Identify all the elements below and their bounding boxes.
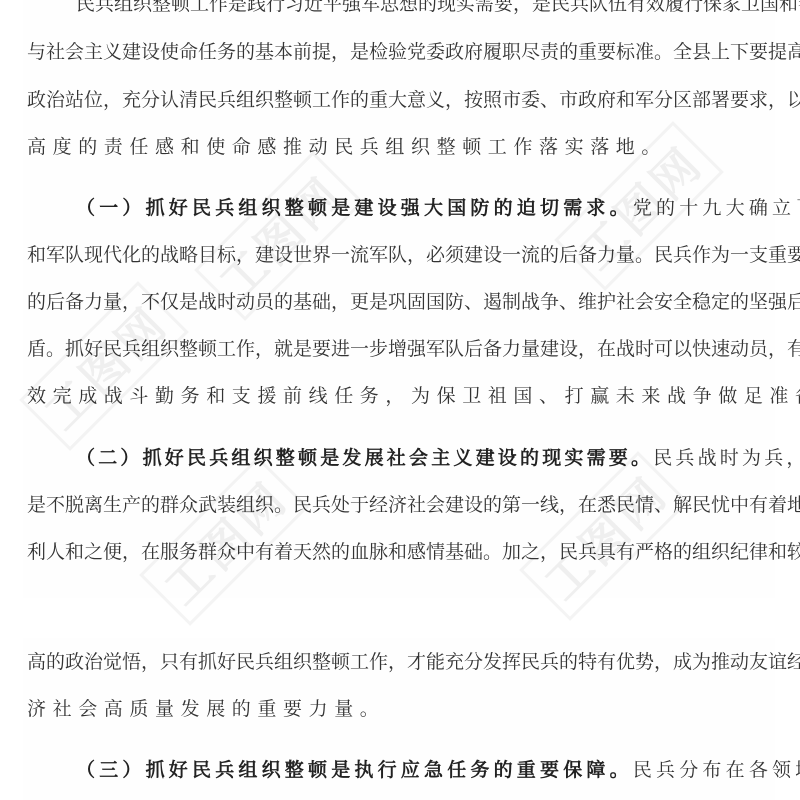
paragraph-2-first-line-rest: 党的十九大确立了全面推进国防 <box>633 197 800 219</box>
paragraph-3-line-2: 是不脱离生产的群众武装组织。民兵处于经济社会建设的第一线，在悉民情、解民忧中有着… <box>27 493 773 517</box>
paragraph-3-line-4: 高的政治觉悟，只有抓好民兵组织整顿工作，才能充分发挥民兵的特有优势，成为推动友谊… <box>27 650 773 674</box>
paragraph-4-line-1: （三）抓好民兵组织整顿是执行应急任务的重要保障。民兵分布在各领域、各行业，亦 <box>27 758 773 782</box>
paragraph-4-first-line-rest: 民兵分布在各领域、各行业，亦 <box>633 759 800 781</box>
paragraph-2-line-1: （一）抓好民兵组织整顿是建设强大国防的迫切需求。党的十九大确立了全面推进国防 <box>27 196 773 220</box>
section-heading-1: （一）抓好民兵组织整顿是建设强大国防的迫切需求。 <box>76 197 633 219</box>
paragraph-1-line-2: 与社会主义建设使命任务的基本前提，是检验党委政府履职尽责的重要标准。全县上下要提… <box>27 40 773 64</box>
section-heading-2: （二）抓好民兵组织整顿是发展社会主义建设的现实需要。 <box>76 447 653 469</box>
paragraph-3-line-5: 济社会高质量发展的重要力量。 <box>27 697 773 721</box>
paragraph-2-line-2: 和军队现代化的战略目标，建设世界一流军队，必须建设一流的后备力量。民兵作为一支重… <box>27 243 773 267</box>
section-heading-3: （三）抓好民兵组织整顿是执行应急任务的重要保障。 <box>76 759 633 781</box>
paragraph-2-line-3: 的后备力量，不仅是战时动员的基础，更是巩固国防、遏制战争、维护社会安全稳定的坚强… <box>27 290 773 314</box>
paragraph-1-line-3: 政治站位，充分认清民兵组织整顿工作的重大意义，按照市委、市政府和军分区部署要求，… <box>27 88 773 112</box>
paragraph-3-first-line-rest: 民兵战时为兵，平时为民， <box>653 447 800 469</box>
paragraph-3-line-3: 利人和之便，在服务群众中有着天然的血脉和感情基础。加之，民兵具有严格的组织纪律和… <box>27 540 773 564</box>
paragraph-1-line-4: 高度的责任感和使命感推动民兵组织整顿工作落实落地。 <box>27 135 773 159</box>
paragraph-1-line-1: 民兵组织整顿工作是践行习近平强军思想的现实需要，是民兵队伍有效履行保家卫国和参 <box>27 0 773 16</box>
paragraph-2-line-5: 效完成战斗勤务和支援前线任务，为保卫祖国、打赢未来战争做足准备。 <box>27 384 773 408</box>
paragraph-3-line-1: （二）抓好民兵组织整顿是发展社会主义建设的现实需要。民兵战时为兵，平时为民， <box>27 446 773 470</box>
paragraph-2-line-4: 盾。抓好民兵组织整顿工作，就是要进一步增强军队后备力量建设，在战时可以快速动员，… <box>27 337 773 361</box>
